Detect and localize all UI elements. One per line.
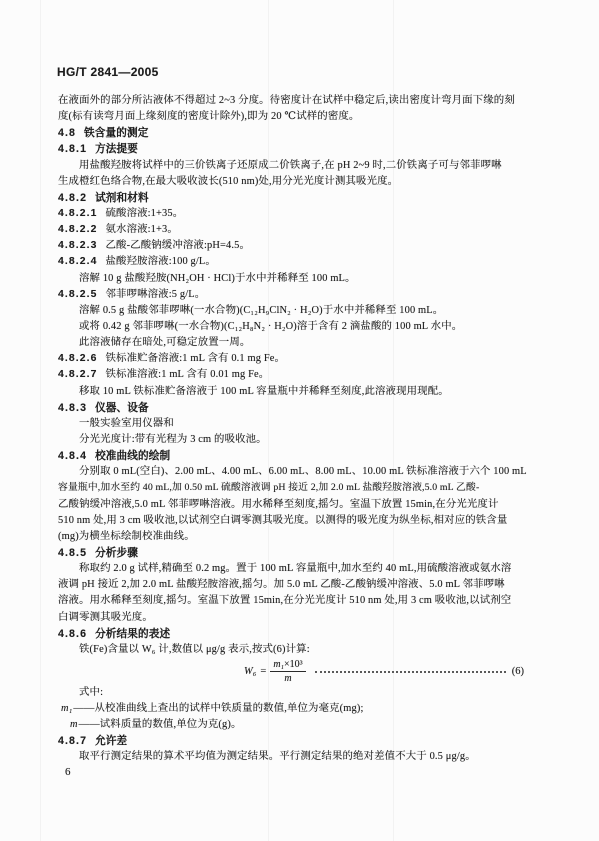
clause-number: 4.8.2.2	[58, 224, 97, 235]
formula-label: (6)	[512, 666, 542, 677]
paragraph-line: 溶解 0.5 g 盐酸邻菲啰啉(一水合物)(C₁₂H₉ClN₂ · H₂O)于水…	[58, 303, 542, 319]
clause-line-4-8-2-2: 4.8.2.2氨水溶液:1+3。	[58, 222, 542, 238]
document-page: HG/T 2841—2005 在液面外的部分所沾液体不得超过 2~3 分度。待密…	[0, 0, 599, 841]
clause-number: 4.8.5	[58, 547, 87, 559]
paragraph-line: 乙酸钠缓冲溶液,5.0 mL 邻菲啰啉溶液。用水稀释至刻度,摇匀。室温下放置 1…	[58, 497, 542, 513]
fraction-denominator: m	[270, 672, 305, 684]
clause-heading-4-8-6: 4.8.6分析结果的表述	[58, 626, 542, 642]
scan-seam	[40, 0, 41, 841]
paragraph-line: 液调 pH 接近 2,加 2.0 mL 盐酸羟胺溶液,摇匀。加 5.0 mL 乙…	[58, 577, 542, 593]
clause-line-4-8-2-5: 4.8.2.5邻菲啰啉溶液:5 g/L。	[58, 287, 542, 303]
paragraph-line: 分光光度计:带有光程为 3 cm 的吸收池。	[58, 432, 542, 448]
clause-title: 校准曲线的绘制	[95, 450, 170, 462]
clause-number: 4.8.2.3	[58, 240, 97, 251]
formula-6: W₆ = m₁×10³ m (6)	[58, 658, 542, 685]
clause-title: 允许差	[95, 735, 127, 747]
clause-line-4-8-2-4: 4.8.2.4盐酸羟胺溶液:100 g/L。	[58, 254, 542, 270]
paragraph-line: 用盐酸羟胺将试样中的三价铁离子还原成二价铁离子,在 pH 2~9 时,二价铁离子…	[58, 158, 542, 174]
clause-number: 4.8.3	[58, 402, 87, 414]
clause-title: 铁含量的测定	[84, 127, 148, 139]
clause-number: 4.8.2.7	[58, 369, 97, 380]
clause-text: 铁标准溶液:1 mL 含有 0.01 mg Fe。	[105, 369, 269, 380]
symbol-description: ——试料质量的数值,单位为克(g)。	[79, 719, 242, 730]
clause-number: 4.8.4	[58, 450, 87, 462]
paragraph-line: 或将 0.42 g 邻菲啰啉(一水合物)(C₁₂H₈N₂ · H₂O)溶于含有 …	[58, 319, 542, 335]
clause-number: 4.8	[58, 127, 76, 139]
paragraph-line: 取平行测定结果的算术平均值为测定结果。平行测定结果的绝对差值不大于 0.5 μg…	[58, 749, 542, 765]
clause-number: 4.8.2	[58, 192, 87, 204]
clause-text: 邻菲啰啉溶液:5 g/L。	[105, 289, 205, 300]
paragraph-line: 生成橙红色络合物,在最大吸收波长(510 nm)处,用分光光度计测其吸光度。	[58, 174, 542, 190]
fraction-numerator: m₁×10³	[270, 659, 305, 672]
clause-text: 氨水溶液:1+3。	[105, 224, 177, 235]
paragraph-line: 此溶液储存在暗处,可稳定放置一周。	[58, 335, 542, 351]
standard-number: HG/T 2841—2005	[57, 65, 159, 79]
paragraph-line: 铁(Fe)含量以 W₆ 计,数值以 μg/g 表示,按式(6)计算:	[58, 642, 542, 658]
clause-heading-4-8: 4.8铁含量的测定	[58, 125, 542, 141]
clause-text: 硫酸溶液:1+35。	[105, 208, 183, 219]
clause-number: 4.8.1	[58, 143, 87, 155]
page-number: 6	[65, 766, 71, 778]
clause-title: 试剂和材料	[95, 192, 149, 204]
paragraph-line: 白调零测其吸光度。	[58, 610, 542, 626]
symbol: m₁	[61, 703, 73, 714]
clause-text: 铁标准贮备溶液:1 mL 含有 0.1 mg Fe。	[105, 353, 285, 364]
clause-line-4-8-2-1: 4.8.2.1硫酸溶液:1+35。	[58, 206, 542, 222]
clause-line-4-8-2-3: 4.8.2.3乙酸-乙酸钠缓冲溶液:pH=4.5。	[58, 238, 542, 254]
clause-title: 仪器、设备	[95, 402, 149, 414]
symbol-definition-m: m——试料质量的数值,单位为克(g)。	[58, 717, 542, 733]
clause-text: 盐酸羟胺溶液:100 g/L。	[105, 256, 215, 267]
clause-heading-4-8-5: 4.8.5分析步骤	[58, 545, 542, 561]
paragraph-line: 度(标有读弯月面上缘刻度的密度计除外),即为 20 ℃试样的密度。	[58, 109, 542, 125]
symbol-description: ——从校准曲线上查出的试样中铁质量的数值,单位为毫克(mg);	[73, 703, 363, 714]
dotted-leader	[315, 671, 506, 673]
paragraph-line: 容量瓶中,加水至约 40 mL,加 0.50 mL 硫酸溶液调 pH 接近 2,…	[58, 480, 542, 496]
paragraph-line: 移取 10 mL 铁标准贮备溶液于 100 mL 容量瓶中并稀释至刻度,此溶液现…	[58, 384, 542, 400]
document-content: 在液面外的部分所沾液体不得超过 2~3 分度。待密度计在试样中稳定后,读出密度计…	[58, 93, 542, 766]
fraction: m₁×10³ m	[270, 659, 305, 684]
numerator-factor: ×10³	[284, 659, 303, 670]
paragraph-line: 在液面外的部分所沾液体不得超过 2~3 分度。待密度计在试样中稳定后,读出密度计…	[58, 93, 542, 109]
clause-heading-4-8-7: 4.8.7允许差	[58, 733, 542, 749]
clause-heading-4-8-3: 4.8.3仪器、设备	[58, 400, 542, 416]
paragraph-line: 510 nm 处,用 3 cm 吸收池,以试剂空白调零测其吸光度。以测得的吸光度…	[58, 513, 542, 529]
clause-number: 4.8.2.1	[58, 208, 97, 219]
clause-line-4-8-2-7: 4.8.2.7铁标准溶液:1 mL 含有 0.01 mg Fe。	[58, 367, 542, 383]
symbol: m	[70, 719, 79, 730]
clause-heading-4-8-1: 4.8.1方法提要	[58, 141, 542, 157]
paragraph-line: 溶液。用水稀释至刻度,摇匀。室温下放置 15min,在分光光度计 510 nm …	[58, 593, 542, 609]
paragraph-line: 式中:	[58, 685, 542, 701]
clause-heading-4-8-4: 4.8.4校准曲线的绘制	[58, 448, 542, 464]
paragraph-line: (mg)为横坐标绘制校准曲线。	[58, 529, 542, 545]
formula-equals: =	[260, 666, 266, 677]
clause-text: 乙酸-乙酸钠缓冲溶液:pH=4.5。	[105, 240, 250, 251]
clause-number: 4.8.6	[58, 628, 87, 640]
formula-lhs: W₆	[244, 666, 256, 677]
paragraph-line: 称取约 2.0 g 试样,精确至 0.2 mg。置于 100 mL 容量瓶中,加…	[58, 561, 542, 577]
paragraph-line: 一般实验室用仪器和	[58, 416, 542, 432]
clause-title: 分析步骤	[95, 547, 138, 559]
clause-heading-4-8-2: 4.8.2试剂和材料	[58, 190, 542, 206]
symbol-definition-m1: m₁——从校准曲线上查出的试样中铁质量的数值,单位为毫克(mg);	[58, 701, 542, 717]
clause-number: 4.8.2.6	[58, 353, 97, 364]
numerator-variable: m₁	[273, 659, 284, 670]
clause-number: 4.8.2.5	[58, 289, 97, 300]
paragraph-line: 溶解 10 g 盐酸羟胺(NH₂OH · HCl)于水中并稀释至 100 mL。	[58, 271, 542, 287]
clause-number: 4.8.7	[58, 735, 87, 747]
clause-title: 分析结果的表述	[95, 628, 170, 640]
paragraph-line: 分别取 0 mL(空白)、2.00 mL、4.00 mL、6.00 mL、8.0…	[58, 464, 542, 480]
clause-line-4-8-2-6: 4.8.2.6铁标准贮备溶液:1 mL 含有 0.1 mg Fe。	[58, 351, 542, 367]
clause-title: 方法提要	[95, 143, 138, 155]
clause-number: 4.8.2.4	[58, 256, 97, 267]
